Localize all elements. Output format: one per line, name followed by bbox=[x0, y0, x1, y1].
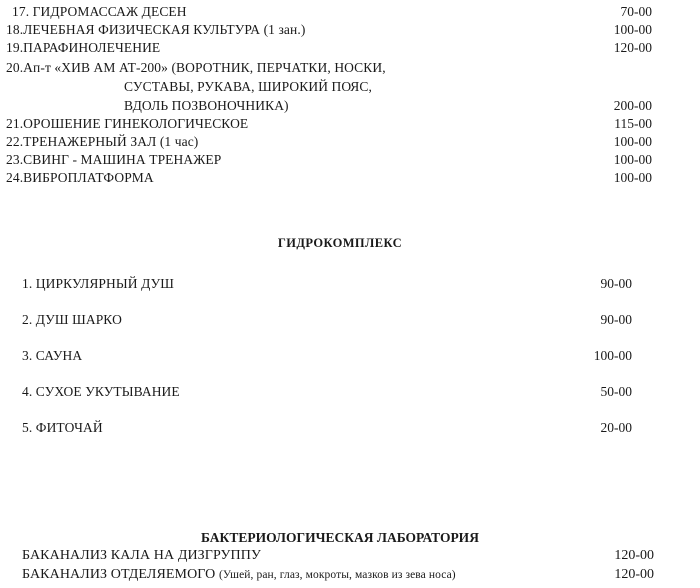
procedure-18-price: 100-00 bbox=[614, 22, 652, 38]
hydro-item-4-price: 50-00 bbox=[601, 384, 633, 400]
procedure-17-price: 70-00 bbox=[621, 4, 653, 20]
procedure-24-label: 24.ВИБРОПЛАТФОРМА bbox=[6, 170, 154, 186]
procedure-20-label-line2: СУСТАВЫ, РУКАВА, ШИРОКИЙ ПОЯС, bbox=[124, 79, 372, 95]
hydro-item-5-label: 5. ФИТОЧАЙ bbox=[22, 420, 103, 436]
procedure-23-label: 23.СВИНГ - МАШИНА ТРЕНАЖЕР bbox=[6, 152, 221, 168]
procedure-24-price: 100-00 bbox=[614, 170, 652, 186]
hydro-item-5-price: 20-00 bbox=[601, 420, 633, 436]
hydrocomplex-title: ГИДРОКОМПЛЕКС bbox=[0, 236, 680, 251]
procedure-18-label: 18.ЛЕЧЕБНАЯ ФИЗИЧЕСКАЯ КУЛЬТУРА (1 зан.) bbox=[6, 22, 305, 38]
bacteriology-item-1-label: БАКАНАЛИЗ КАЛА НА ДИЗГРУППУ bbox=[22, 548, 261, 564]
procedure-22-price: 100-00 bbox=[614, 134, 652, 150]
bacteriology-title: БАКТЕРИОЛОГИЧЕСКАЯ ЛАБОРАТОРИЯ bbox=[0, 530, 680, 546]
procedure-19-price: 120-00 bbox=[614, 40, 652, 56]
procedure-20-label: 20.Ап-т «ХИВ АМ АТ-200» (ВОРОТНИК, ПЕРЧА… bbox=[6, 60, 386, 76]
hydro-item-4-label: 4. СУХОЕ УКУТЫВАНИЕ bbox=[22, 384, 180, 400]
hydro-item-3-price: 100-00 bbox=[594, 348, 632, 364]
bacteriology-item-2-note: (Ушей, ран, глаз, мокроты, мазков из зев… bbox=[219, 569, 456, 581]
hydro-item-1-label: 1. ЦИРКУЛЯРНЫЙ ДУШ bbox=[22, 276, 174, 292]
procedure-19-label: 19.ПАРАФИНОЛЕЧЕНИЕ bbox=[6, 40, 160, 56]
bacteriology-item-2-price: 120-00 bbox=[614, 567, 654, 583]
procedure-23-price: 100-00 bbox=[614, 152, 652, 168]
procedure-20-label-line3: ВДОЛЬ ПОЗВОНОЧНИКА) bbox=[124, 98, 289, 114]
procedure-20-price: 200-00 bbox=[614, 98, 652, 114]
bacteriology-item-2-label: БАКАНАЛИЗ ОТДЕЛЯЕМОГО (Ушей, ран, глаз, … bbox=[22, 567, 456, 583]
procedure-21-label: 21.ОРОШЕНИЕ ГИНЕКОЛОГИЧЕСКОЕ bbox=[6, 116, 248, 132]
hydro-item-2-label: 2. ДУШ ШАРКО bbox=[22, 312, 122, 328]
procedure-22-label: 22.ТРЕНАЖЕРНЫЙ ЗАЛ (1 час) bbox=[6, 134, 198, 150]
hydro-item-1-price: 90-00 bbox=[601, 276, 633, 292]
bacteriology-item-1-price: 120-00 bbox=[614, 548, 654, 564]
procedure-21-price: 115-00 bbox=[614, 116, 652, 132]
hydro-item-3-label: 3. САУНА bbox=[22, 348, 82, 364]
hydro-item-2-price: 90-00 bbox=[601, 312, 633, 328]
bacteriology-item-2-name: БАКАНАЛИЗ ОТДЕЛЯЕМОГО bbox=[22, 567, 215, 582]
procedure-17-label: 17. ГИДРОМАССАЖ ДЕСЕН bbox=[12, 4, 187, 20]
